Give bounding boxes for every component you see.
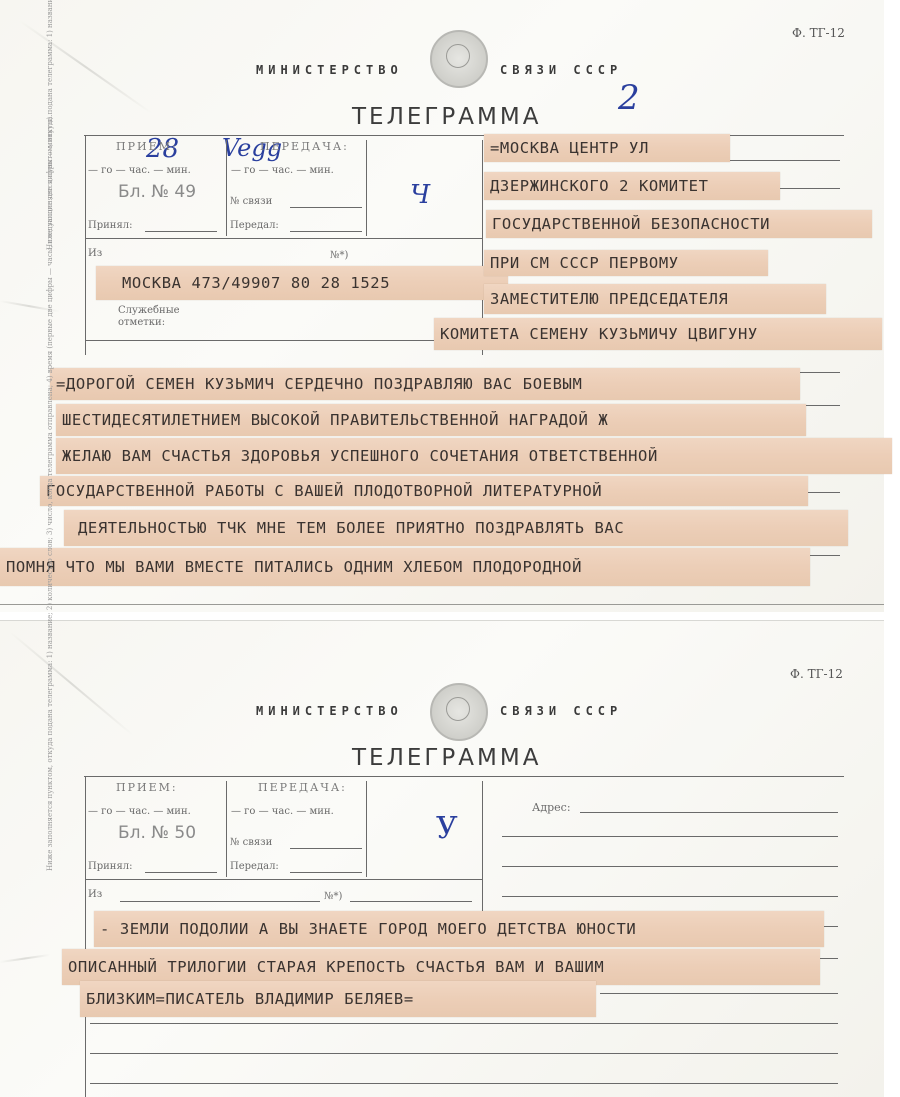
origin-tape: МОСКВА 473/49907 80 28 1525 [96, 266, 508, 300]
from-field [120, 901, 320, 902]
message-tape-1: =ДОРОГОЙ СЕМЕН КУЗЬМИЧ СЕРДЕЧНО ПОЗДРАВЛ… [50, 368, 800, 400]
form-line [84, 776, 844, 777]
sheet-edge [0, 604, 884, 605]
form-line [366, 781, 367, 877]
document-title: ТЕЛЕГРАММА [352, 745, 541, 771]
address-label: Адрес: [532, 801, 571, 814]
handwritten-mark: Ч [410, 180, 430, 210]
message-tape-4: ГОСУДАРСТВЕННОЙ РАБОТЫ С ВАШЕЙ ПЛОДОТВОР… [40, 476, 808, 506]
message-line [90, 1023, 838, 1024]
accepted-by-label: Принял: [88, 220, 132, 231]
transmitted-by-label: Передал: [230, 861, 279, 872]
service-marks-label: Служебные отметки: [118, 305, 188, 329]
ministry-label-right: СВЯЗИ СССР [500, 704, 622, 718]
transmission-header: ПЕРЕДАЧА: [258, 781, 347, 794]
form-line [226, 140, 227, 236]
address-line [502, 896, 838, 897]
message-tape-5: ДЕЯТЕЛЬНОСТЬЮ ТЧК МНЕ ТЕМ БОЛЕЕ ПРИЯТНО … [64, 510, 848, 546]
connection-number-label: № связи [230, 196, 272, 207]
address-line [502, 866, 838, 867]
transmitted-by-label: Передал: [230, 220, 279, 231]
reception-time-label: — го — час. — мин. [88, 806, 191, 817]
number-label: №*) [324, 891, 342, 902]
address-tape-6: КОМИТЕТА СЕМЕНУ КУЗЬМИЧУ ЦВИГУНУ [434, 318, 882, 350]
message-tape-3: БЛИЗКИМ=ПИСАТЕЛЬ ВЛАДИМИР БЕЛЯЕВ= [80, 981, 596, 1017]
form-line [85, 135, 86, 355]
message-tape-3: ЖЕЛАЮ ВАМ СЧАСТЬЯ ЗДОРОВЬЯ УСПЕШНОГО СОЧ… [56, 438, 892, 474]
handwritten-page-number: 2 [618, 78, 640, 118]
from-label: Из [88, 889, 102, 900]
document-title: ТЕЛЕГРАММА [352, 104, 541, 130]
connection-number-label: № связи [230, 837, 272, 848]
reception-header: ПРИЕМ: [116, 781, 178, 794]
message-line [90, 1053, 838, 1054]
telegram-sheet-1: Ниже заполняется пунктом, откуда подана … [0, 0, 884, 612]
address-line [730, 160, 840, 161]
form-line [86, 879, 482, 880]
number-field [350, 901, 472, 902]
side-instructions: Ниже заполняется пунктом, откуда подана … [46, 115, 55, 871]
ussr-emblem-icon [430, 30, 488, 88]
address-tape-5: ЗАМЕСТИТЕЛЮ ПРЕДСЕДАТЕЛЯ [484, 284, 826, 314]
address-tape-4: ПРИ СМ СССР ПЕРВОМУ [484, 250, 768, 276]
blank-number: Бл. № 50 [118, 823, 196, 843]
message-tape-2: ШЕСТИДЕСЯТИЛЕТНИЕМ ВЫСОКОЙ ПРАВИТЕЛЬСТВЕ… [56, 404, 806, 436]
blank-number: Бл. № 49 [118, 182, 196, 202]
ministry-label-left: МИНИСТЕРСТВО [256, 63, 403, 77]
number-label: №*) [330, 250, 348, 261]
connection-number-field [290, 207, 362, 208]
message-line [820, 958, 838, 959]
message-tape-6: ПОМНЯ ЧТО МЫ ВАМИ ВМЕСТЕ ПИТАЛИСЬ ОДНИМ … [0, 548, 810, 586]
message-tape-1: - ЗЕМЛИ ПОДОЛИИ А ВЫ ЗНАЕТЕ ГОРОД МОЕГО … [94, 911, 824, 947]
transmitted-by-field [290, 231, 362, 232]
from-label: Из [88, 248, 102, 259]
accepted-by-field [145, 231, 217, 232]
form-line [482, 781, 483, 911]
accepted-by-label: Принял: [88, 861, 132, 872]
handwritten-mark: У [436, 811, 458, 846]
form-line [366, 140, 367, 236]
paper-crease [19, 20, 151, 113]
paper-crease [0, 954, 50, 963]
ministry-label-left: МИНИСТЕРСТВО [256, 704, 403, 718]
form-code: Ф. ТГ-12 [790, 667, 843, 681]
transmission-header: ПЕРЕДАЧА: [260, 140, 349, 153]
form-code: Ф. ТГ-12 [792, 26, 845, 40]
form-line [85, 776, 86, 1097]
transmitted-by-field [290, 872, 362, 873]
form-line [86, 238, 482, 239]
address-tape-3: ГОСУДАРСТВЕННОЙ БЕЗОПАСНОСТИ [486, 210, 872, 238]
address-tape-2: ДЗЕРЖИНСКОГО 2 КОМИТЕТ [484, 172, 780, 200]
form-line [84, 135, 844, 136]
accepted-by-field [145, 872, 217, 873]
form-line [226, 781, 227, 877]
message-tape-2: ОПИСАННЫЙ ТРИЛОГИИ СТАРАЯ КРЕПОСТЬ СЧАСТ… [62, 949, 820, 985]
transmission-time-label: — го — час. — мин. [231, 806, 334, 817]
address-line [502, 836, 838, 837]
address-line [780, 188, 840, 189]
paper-crease [9, 631, 133, 735]
ministry-label-right: СВЯЗИ СССР [500, 63, 622, 77]
address-tape-1: =МОСКВА ЦЕНТР УЛ [484, 134, 730, 162]
message-line [600, 993, 838, 994]
telegram-sheet-2: Ниже заполняется пунктом, откуда подана … [0, 620, 884, 1097]
transmission-time-label: — го — час. — мин. [231, 165, 334, 176]
ussr-emblem-icon [430, 683, 488, 741]
message-line [90, 1083, 838, 1084]
reception-header: ПРИЕМ: [116, 140, 178, 153]
connection-number-field [290, 848, 362, 849]
address-field [580, 812, 838, 813]
reception-time-label: — го — час. — мин. [88, 165, 191, 176]
